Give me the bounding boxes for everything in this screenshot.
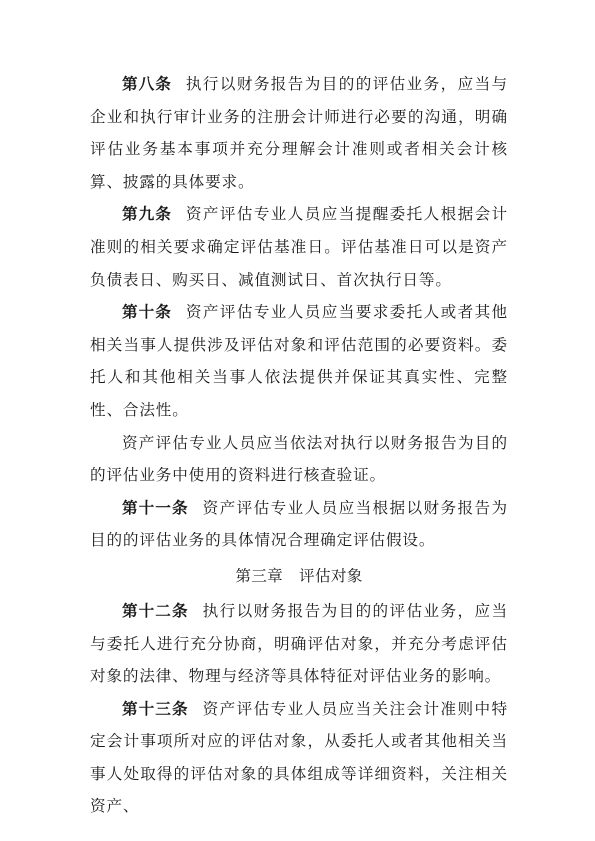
article-number: 第十二条 bbox=[122, 602, 189, 620]
article-number: 第八条 bbox=[122, 75, 172, 93]
article-10-paragraph: 第十条资产评估专业人员应当要求委托人或者其他相关当事人提供涉及评估对象和评估范围… bbox=[90, 296, 508, 426]
article-13-paragraph: 第十三条资产评估专业人员应当关注会计准则中特定会计事项所对应的评估对象，从委托人… bbox=[90, 693, 508, 823]
article-number: 第十三条 bbox=[122, 700, 189, 718]
article-number: 第九条 bbox=[122, 205, 172, 223]
article-12-paragraph: 第十二条执行以财务报告为目的的评估业务，应当与委托人进行充分协商，明确评估对象，… bbox=[90, 595, 508, 693]
article-number: 第十一条 bbox=[122, 499, 189, 517]
chapter-heading: 第三章评估对象 bbox=[90, 557, 508, 595]
article-text: 资产评估专业人员应当依法对执行以财务报告为目的的评估业务中使用的资料进行核查验证… bbox=[90, 434, 508, 485]
document-page: 第八条执行以财务报告为目的的评估业务，应当与企业和执行审计业务的注册会计师进行必… bbox=[90, 68, 508, 823]
article-number: 第十条 bbox=[122, 303, 172, 321]
article-8-paragraph: 第八条执行以财务报告为目的的评估业务，应当与企业和执行审计业务的注册会计师进行必… bbox=[90, 68, 508, 198]
article-11-paragraph: 第十一条资产评估专业人员应当根据以财务报告为目的的评估业务的具体情况合理确定评估… bbox=[90, 492, 508, 557]
article-9-paragraph: 第九条资产评估专业人员应当提醒委托人根据会计准则的相关要求确定评估基准日。评估基… bbox=[90, 198, 508, 296]
chapter-number: 第三章 bbox=[235, 567, 283, 585]
article-10-continuation-paragraph: 资产评估专业人员应当依法对执行以财务报告为目的的评估业务中使用的资料进行核查验证… bbox=[90, 427, 508, 492]
chapter-title: 评估对象 bbox=[299, 567, 363, 585]
